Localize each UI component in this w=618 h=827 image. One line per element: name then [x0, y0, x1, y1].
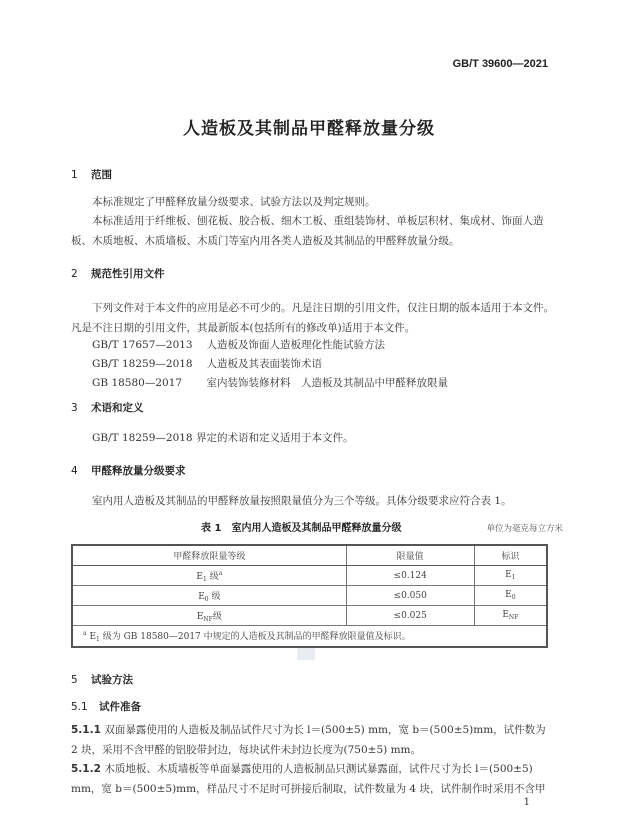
section-3-heading: 3术语和定义 — [71, 400, 144, 415]
section-5-heading: 5试验方法 — [71, 672, 133, 687]
reference-item: GB 18580—2017 室内装饰装修材料 人造板及其制品中甲醛释放限量 — [92, 375, 448, 390]
section-1-heading: 1范围 — [71, 167, 112, 182]
formaldehyde-grade-table: 甲醛释放限量等级 限量值 标识 E1 级a ≤0.124 E1 E0 级 ≤0.… — [71, 544, 548, 648]
section-2-heading: 2规范性引用文件 — [71, 266, 165, 281]
section-4-para-1: 室内用人造板及其制品的甲醛释放量按照限量值分为三个等级。具体分级要求应符合表 1… — [71, 492, 555, 512]
page-number: 1 — [524, 797, 530, 808]
standard-number: GB/T 39600—2021 — [453, 58, 548, 70]
watermark-icon — [297, 648, 315, 660]
clause-5-1-2: 5.1.2 木质地板、木质墙板等单面暴露使用的人造板制品只测试暴露面，试件尺寸为… — [71, 760, 555, 799]
table-footnote: a E1 级为 GB 18580—2017 中规定的人造板及其制品的甲醛释放限量… — [72, 626, 547, 648]
table-row: E1 级a ≤0.124 E1 — [72, 566, 547, 586]
limit-cell: ≤0.124 — [346, 566, 474, 586]
table-caption: 表 1 室内用人造板及其制品甲醛释放量分级 — [201, 519, 401, 534]
clause-5-1-1: 5.1.1 双面暴露使用的人造板及制品试件尺寸为长 l＝(500±5) mm，宽… — [71, 721, 555, 760]
limit-cell: ≤0.050 — [346, 586, 474, 606]
column-header: 标识 — [474, 545, 547, 566]
table-row: ENF级 ≤0.025 ENF — [72, 606, 547, 626]
section-1-para-2: 本标准适用于纤维板、刨花板、胶合板、细木工板、重组装饰材、单板层积材、集成材、饰… — [71, 212, 555, 251]
table-unit: 单位为毫克每立方米 — [486, 522, 563, 534]
reference-item: GB/T 17657—2013 人造板及饰面人造板理化性能试验方法 — [92, 337, 385, 352]
reference-item: GB/T 18259—2018 人造板及其表面装饰术语 — [92, 356, 322, 371]
grade-cell: E1 级a — [72, 566, 346, 586]
limit-cell: ≤0.025 — [346, 606, 474, 626]
column-header: 限量值 — [346, 545, 474, 566]
table-header-row: 甲醛释放限量等级 限量值 标识 — [72, 545, 547, 566]
section-4-heading: 4甲醛释放量分级要求 — [71, 463, 186, 478]
section-1-para-1: 本标准规定了甲醛释放量分级要求、试验方法以及判定规则。 — [71, 193, 555, 213]
mark-cell: ENF — [474, 606, 547, 626]
subsection-5-1-heading: 5.1试件准备 — [71, 699, 141, 714]
document-title: 人造板及其制品甲醛释放量分级 — [0, 114, 618, 139]
mark-cell: E1 — [474, 566, 547, 586]
grade-cell: ENF级 — [72, 606, 346, 626]
column-header: 甲醛释放限量等级 — [72, 545, 346, 566]
table-footnote-row: a E1 级为 GB 18580—2017 中规定的人造板及其制品的甲醛释放限量… — [72, 626, 547, 648]
grade-cell: E0 级 — [72, 586, 346, 606]
section-2-para-1: 下列文件对于本文件的应用是必不可少的。凡是注日期的引用文件，仅注日期的版本适用于… — [71, 299, 555, 338]
mark-cell: E0 — [474, 586, 547, 606]
table-row: E0 级 ≤0.050 E0 — [72, 586, 547, 606]
section-3-para-1: GB/T 18259—2018 界定的术语和定义适用于本文件。 — [71, 429, 555, 449]
